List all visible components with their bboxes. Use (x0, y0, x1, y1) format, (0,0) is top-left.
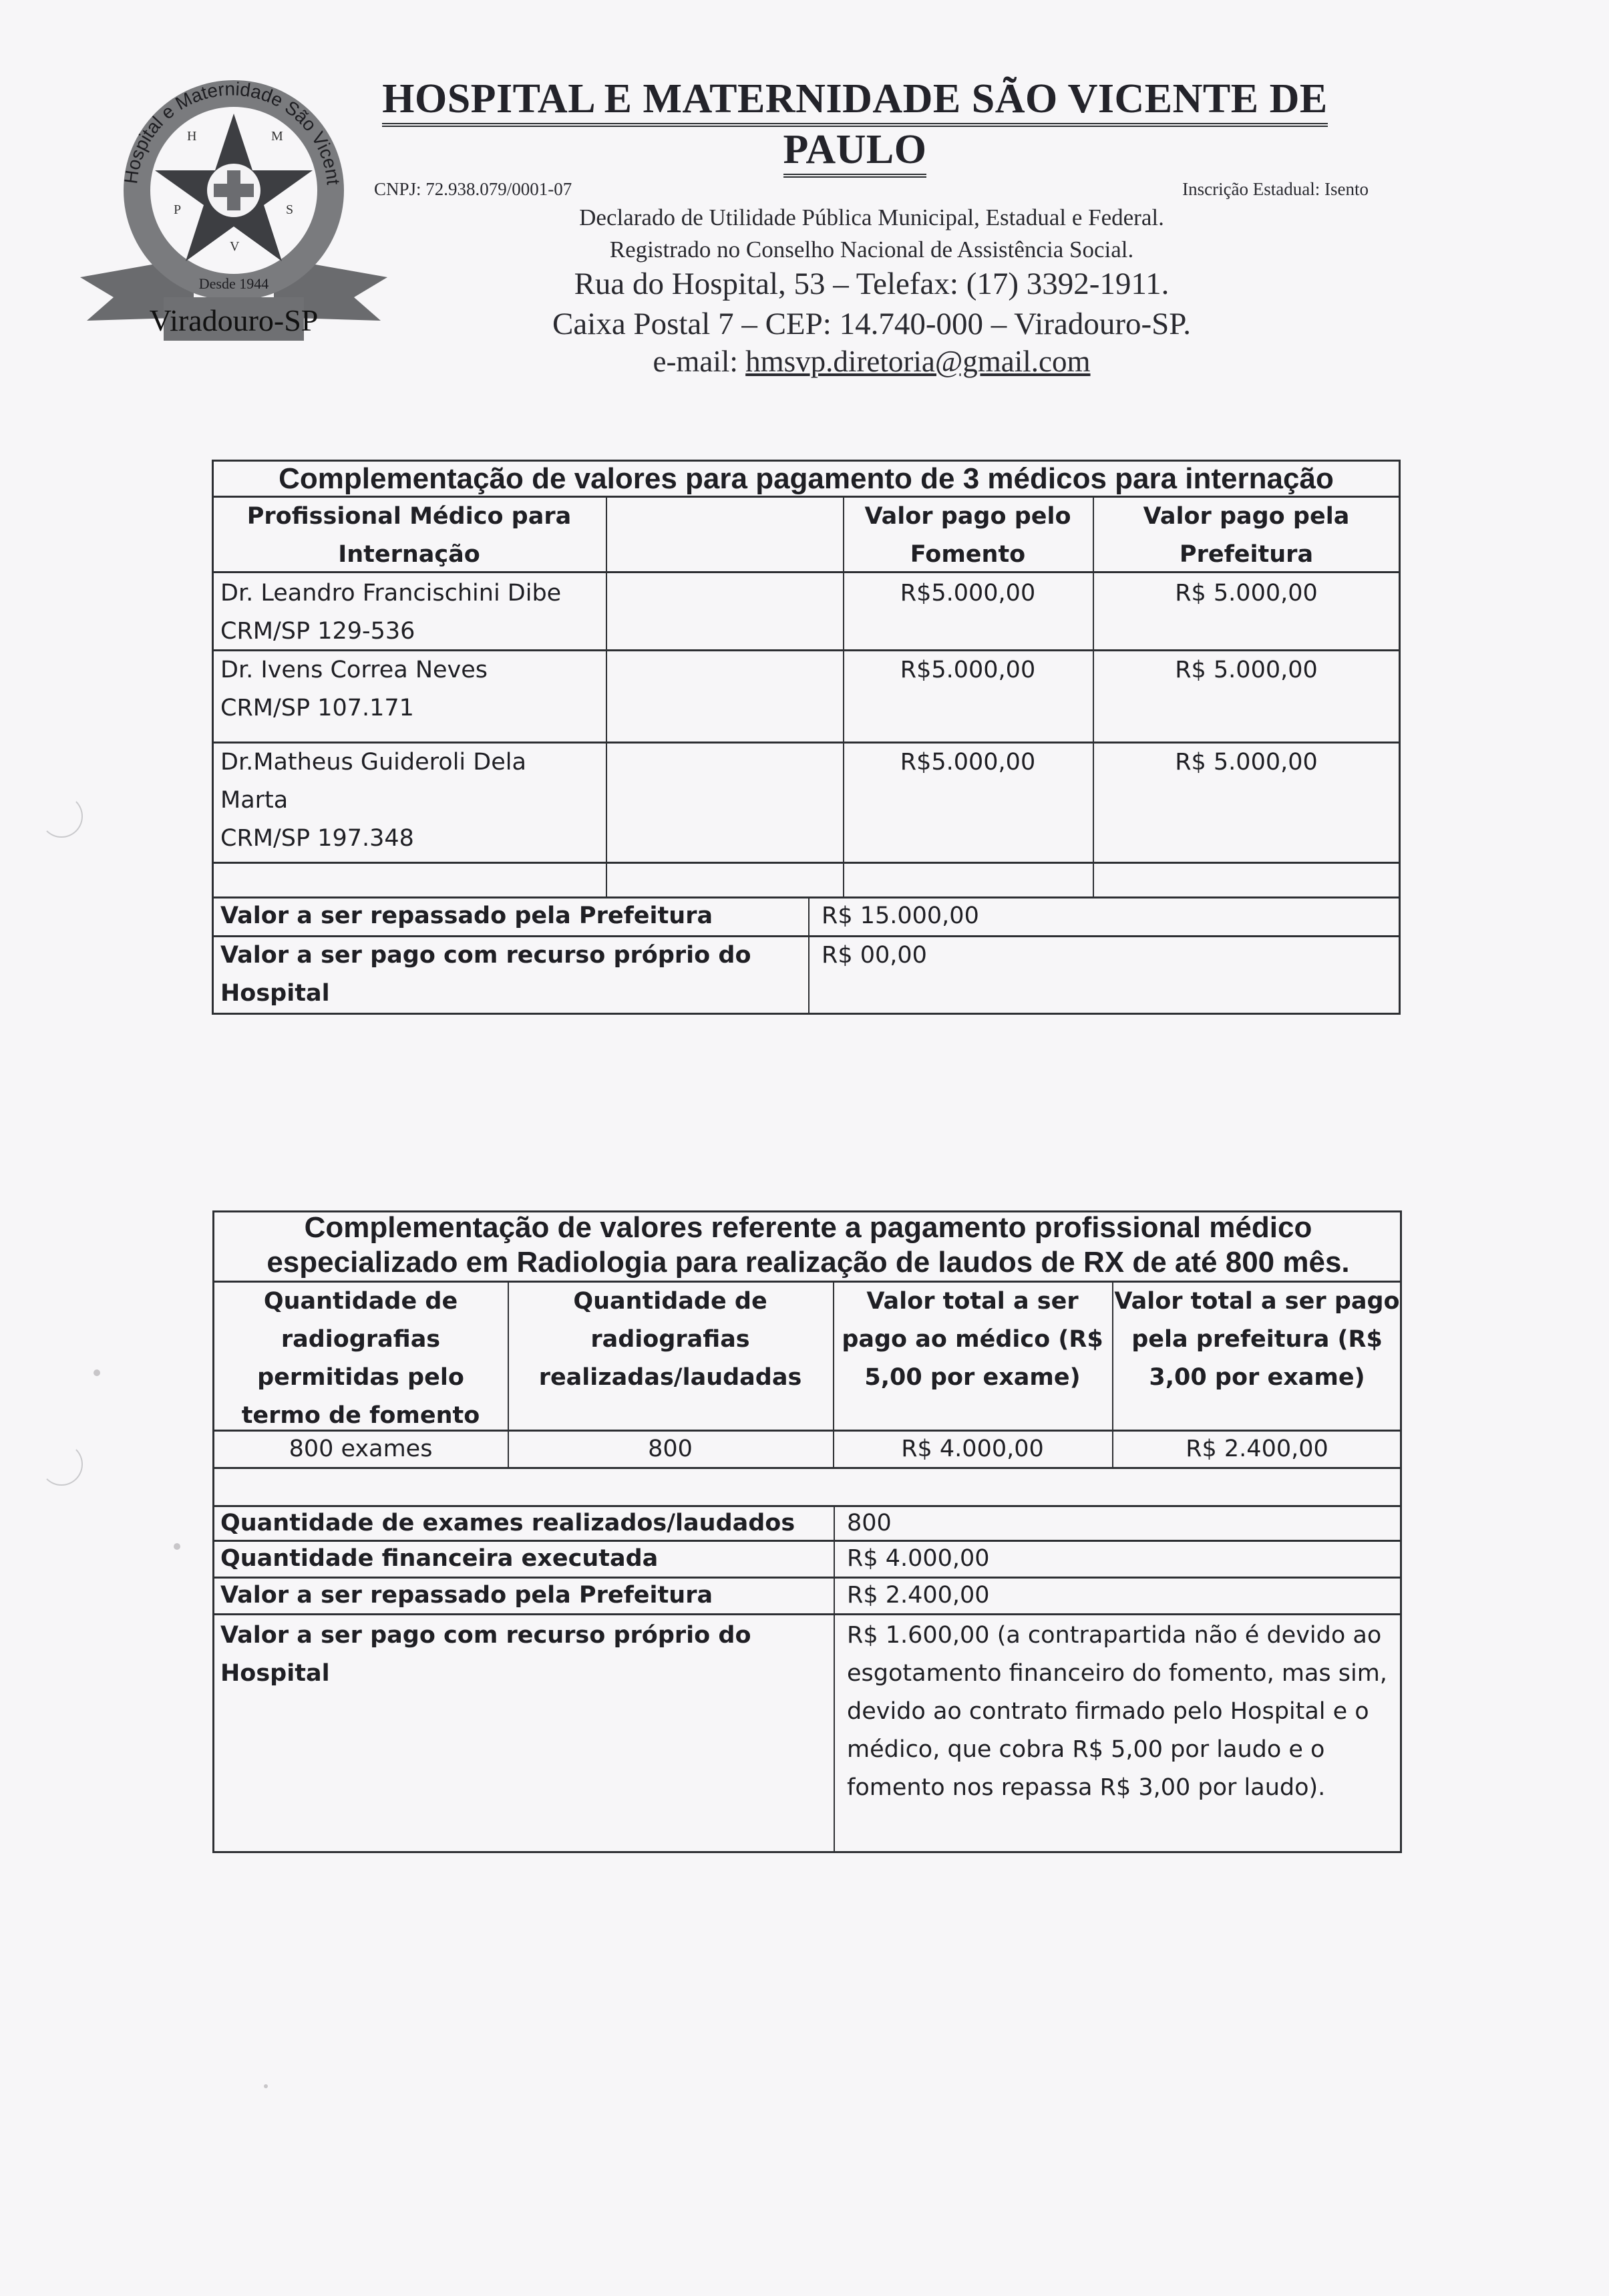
table-row-valor-prefeitura: R$ 2.400,00 (1113, 1430, 1401, 1468)
value-fomento: R$5.000,00 (844, 651, 1091, 689)
svg-text:Viradouro-SP: Viradouro-SP (150, 303, 319, 337)
table-row-valor-medico: R$ 4.000,00 (834, 1430, 1111, 1468)
scan-speck (264, 2084, 268, 2088)
svg-text:S: S (286, 202, 293, 217)
table-row-realizadas: 800 (509, 1430, 832, 1468)
value-fomento: R$5.000,00 (844, 744, 1091, 782)
table2-header-valor-prefeitura: Valor total a ser pago pela prefeitura (… (1113, 1283, 1401, 1397)
punch-hole-mark (40, 795, 83, 838)
scan-speck (174, 1543, 180, 1550)
declaracao-utilidade: Declarado de Utilidade Pública Municipal… (374, 204, 1369, 231)
punch-hole-mark (40, 1443, 83, 1486)
value-prefeitura: R$ 5.000,00 (1094, 575, 1399, 613)
svg-text:H: H (187, 129, 196, 144)
summary-value-recurso-proprio: R$ 1.600,00 (a contrapartida não é devid… (847, 1617, 1395, 1807)
email-label: e-mail: (653, 345, 745, 378)
summary-value-recurso-proprio: R$ 00,00 (822, 937, 1396, 975)
svg-text:Desde 1944: Desde 1944 (199, 275, 269, 292)
caixa-postal: Caixa Postal 7 – CEP: 14.740-000 – Virad… (374, 306, 1369, 342)
table-row: Dr. Ivens Correa Neves CRM/SP 107.171 (220, 651, 601, 727)
value-fomento: R$5.000,00 (844, 575, 1091, 613)
doctor-name: Dr. Leandro Francischini Dibe (220, 575, 601, 613)
scan-speck (94, 1369, 100, 1376)
table1-title: Complementação de valores para pagamento… (214, 461, 1399, 497)
table-row: Dr. Leandro Francischini Dibe CRM/SP 129… (220, 575, 601, 651)
hospital-name-line2: PAULO (783, 127, 927, 178)
table1-header-fomento: Valor pago pelo Fomento (844, 498, 1091, 574)
email-line: e-mail: hmsvp.diretoria@gmail.com (374, 344, 1369, 379)
summary-label-financeira: Quantidade financeira executada (220, 1541, 828, 1576)
table2-title: Complementação de valores referente a pa… (220, 1210, 1396, 1280)
table-row-permitidas: 800 exames (215, 1430, 506, 1468)
summary-value-exames: 800 (847, 1506, 1395, 1540)
summary-label-exames: Quantidade de exames realizados/laudados (220, 1506, 828, 1540)
summary-label-repassado: Valor a ser repassado pela Prefeitura (220, 1578, 828, 1613)
doctor-crm: CRM/SP 107.171 (220, 689, 601, 727)
table2-header-permitidas: Quantidade de radiografias permitidas pe… (215, 1283, 506, 1435)
doctor-name: Dr.Matheus Guideroli Dela Marta (220, 744, 581, 820)
email-link[interactable]: hmsvp.diretoria@gmail.com (745, 345, 1090, 378)
svg-text:P: P (174, 202, 181, 217)
value-prefeitura: R$ 5.000,00 (1094, 744, 1399, 782)
doctor-crm: CRM/SP 197.348 (220, 820, 581, 858)
table2-header-valor-medico: Valor total a ser pago ao médico (R$ 5,0… (834, 1283, 1111, 1397)
summary-label-recurso-proprio: Valor a ser pago com recurso próprio do … (220, 1617, 768, 1693)
doctor-name: Dr. Ivens Correa Neves (220, 651, 601, 689)
table2-header-realizadas: Quantidade de radiografias realizadas/la… (509, 1283, 832, 1397)
hospital-name-line1: HOSPITAL E MATERNIDADE SÃO VICENTE DE (382, 76, 1328, 127)
summary-value-financeira: R$ 4.000,00 (847, 1541, 1395, 1576)
svg-text:V: V (230, 239, 240, 254)
svg-text:M: M (271, 129, 283, 144)
table1-header-profissional: Profissional Médico para Internação (214, 498, 604, 574)
inscricao-estadual: Inscrição Estadual: Isento (1182, 179, 1369, 200)
summary-value-repassado: R$ 15.000,00 (822, 897, 1396, 935)
value-prefeitura: R$ 5.000,00 (1094, 651, 1399, 689)
table-row: Dr.Matheus Guideroli Dela Marta CRM/SP 1… (220, 744, 581, 858)
endereco: Rua do Hospital, 53 – Telefax: (17) 3392… (374, 266, 1369, 302)
summary-label-recurso-proprio: Valor a ser pago com recurso próprio do … (220, 937, 761, 1013)
hospital-name: HOSPITAL E MATERNIDADE SÃO VICENTE DE PA… (334, 73, 1376, 175)
cnpj: CNPJ: 72.938.079/0001-07 (374, 179, 572, 200)
summary-value-repassado: R$ 2.400,00 (847, 1578, 1395, 1613)
table1-header-prefeitura: Valor pago pela Prefeitura (1094, 498, 1399, 574)
doctor-crm: CRM/SP 129-536 (220, 613, 601, 651)
summary-label-repassado: Valor a ser repassado pela Prefeitura (220, 897, 801, 935)
registro-cnas: Registrado no Conselho Nacional de Assis… (374, 236, 1369, 263)
